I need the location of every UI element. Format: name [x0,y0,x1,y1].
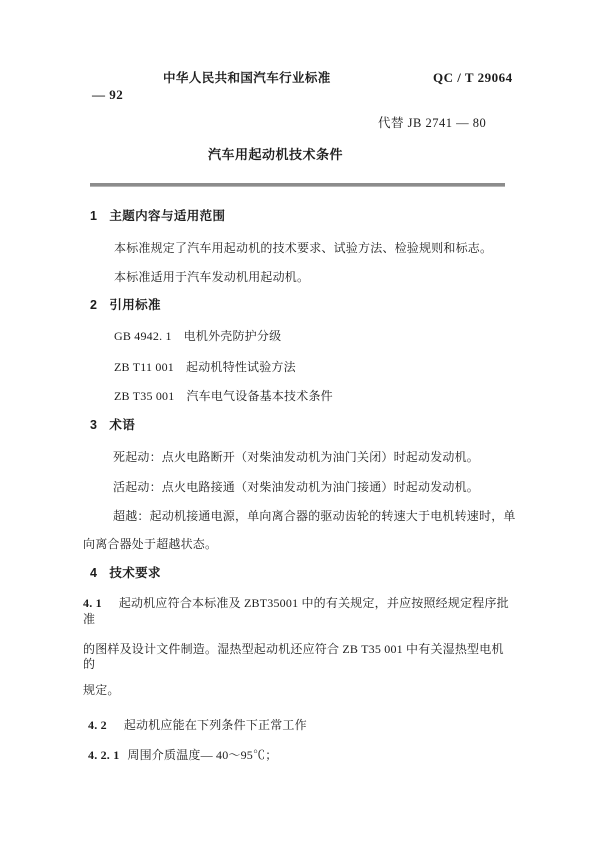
replaces-note: 代替 JB 2741 — 80 [378,115,486,131]
document-title: 汽车用起动机技术条件 [208,147,343,163]
clause-4-2-label: 4. 2 [88,717,107,733]
section-4-heading: 4技术要求 [90,565,161,581]
section-3-number: 3 [90,417,97,433]
section-1-paragraph-2: 本标准适用于汽车发动机用起动机。 [114,269,309,285]
section-4-number: 4 [90,565,97,581]
clause-4-1-line-5: 规定。 [83,682,120,698]
reference-name: 汽车电气设备基本技术条件 [186,389,332,403]
term-definition-overrun-line-2: 向离合器处于超越状态。 [83,536,217,552]
clause-4-2-1-line: 4. 2. 1周围介质温度— 40～95℃； [88,747,277,763]
standard-year-suffix: — 92 [92,87,123,103]
clause-4-1-line-3: 的图样及设计文件制造。湿热型起动机还应符合 ZB T35 001 中有关湿热型电… [83,641,504,657]
reference-item: ZB T35 001汽车电气设备基本技术条件 [114,388,333,404]
clause-4-1-label: 4. 1 [83,595,102,611]
clause-4-2-1-label: 4. 2. 1 [88,747,119,763]
standard-org-line: 中华人民共和国汽车行业标准 [163,70,331,86]
section-1-number: 1 [90,208,97,224]
term-definition-live-start: 活起动：点火电路接通（对柴油发动机为油门接通）时起动发动机。 [113,479,479,495]
reference-name: 起动机特性试验方法 [186,360,296,374]
section-2-heading: 2引用标准 [90,297,161,313]
clause-4-1-line-2: 准 [83,611,95,627]
section-3-heading: 3术语 [90,417,135,433]
section-2-number: 2 [90,297,97,313]
reference-code: GB 4942. 1 [114,328,172,344]
reference-name: 电机外壳防护分级 [184,329,282,343]
section-1-heading: 1主题内容与适用范围 [90,208,225,224]
section-3-title: 术语 [109,418,135,432]
header-divider-rule [90,183,505,187]
clause-4-2-text: 起动机应能在下列条件下正常工作 [124,718,307,732]
section-2-title: 引用标准 [109,298,161,312]
standard-code: QC / T 29064 [433,70,513,86]
term-definition-overrun-line-1: 超越：起动机接通电源，单向离合器的驱动齿轮的转速大于电机转速时，单 [113,508,516,524]
reference-item: ZB T11 001起动机特性试验方法 [114,359,296,375]
section-4-title: 技术要求 [109,566,161,580]
clause-4-1-line-4: 的 [83,656,95,672]
section-1-title: 主题内容与适用范围 [109,209,225,223]
clause-4-1-line-1: 4. 1起动机应符合本标准及 ZBT35001 中的有关规定，并应按照经规定程序… [83,595,509,611]
reference-item: GB 4942. 1电机外壳防护分级 [114,328,281,344]
clause-4-2-line: 4. 2起动机应能在下列条件下正常工作 [88,717,307,733]
term-definition-dead-start: 死起动：点火电路断开（对柴油发动机为油门关闭）时起动发动机。 [113,449,479,465]
document-page: 中华人民共和国汽车行业标准 QC / T 29064 — 92 代替 JB 27… [0,0,600,849]
clause-4-1-text: 起动机应符合本标准及 ZBT35001 中的有关规定，并应按照经规定程序批 [119,596,509,610]
reference-code: ZB T11 001 [114,359,174,375]
reference-code: ZB T35 001 [114,388,174,404]
clause-4-2-1-text: 周围介质温度— 40～95℃； [127,748,277,762]
section-1-paragraph-1: 本标准规定了汽车用起动机的技术要求、试验方法、检验规则和标志。 [114,240,492,256]
